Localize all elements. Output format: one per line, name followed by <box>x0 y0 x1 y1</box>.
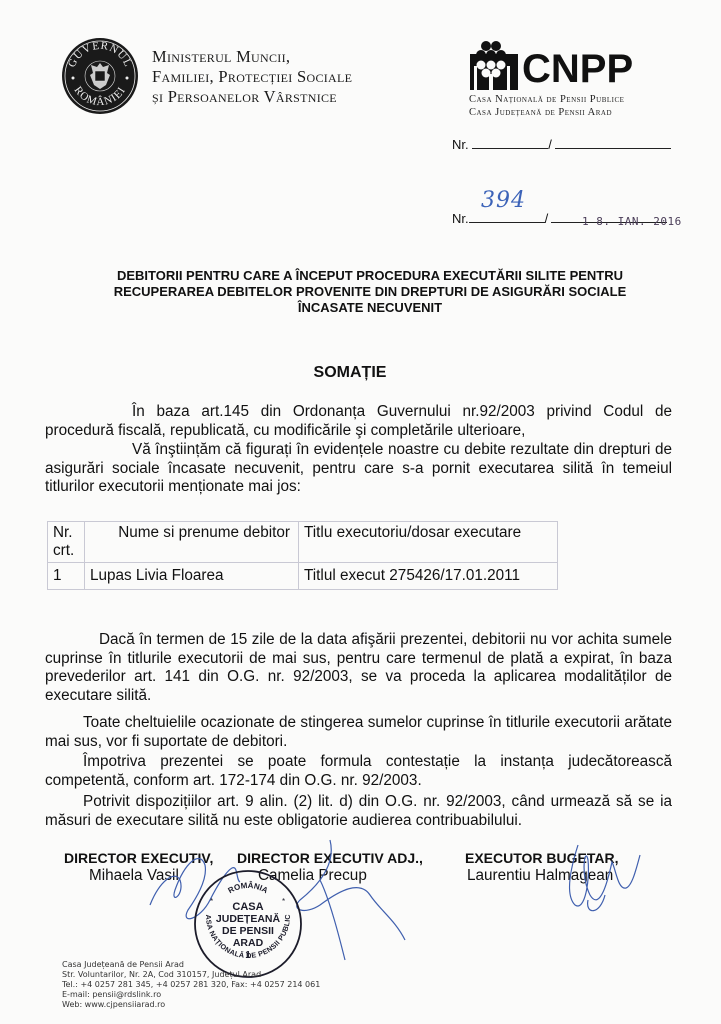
cnpp-acronym: CNPP <box>522 47 633 91</box>
col-header-nr: Nr. crt. <box>48 522 85 563</box>
footer-address: Str. Voluntarilor, Nr. 2A, Cod 310157, J… <box>62 970 320 980</box>
paragraph-legal-basis: În baza art.145 din Ordonanța Guvernului… <box>45 403 672 440</box>
col-header-name: Nume si prenume debitor <box>85 522 299 563</box>
handwritten-registration-number: 394 <box>481 188 526 213</box>
ministry-line: Ministerul Muncii, <box>152 47 352 67</box>
ministry-line: și Persoanelor Vârstnice <box>152 87 352 107</box>
title-line: RECUPERAREA DEBITELOR PROVENITE DIN DREP… <box>80 284 660 300</box>
table-header-row: Nr. crt. Nume si prenume debitor Titlu e… <box>48 522 558 563</box>
svg-text:ARAD: ARAD <box>233 937 264 949</box>
paragraph-notification: Vă înştiințăm că figurați în evidențele … <box>45 441 672 497</box>
col-header-title: Titlu executoriu/dosar executare <box>299 522 558 563</box>
signatory-name-director: Mihaela Vasil <box>89 867 179 885</box>
somatie-heading: SOMAȚIE <box>0 364 700 382</box>
svg-text:ROMÂNIA: ROMÂNIA <box>227 881 270 895</box>
cnpp-subtitle: Casa Națională de Pensii Publice Casa Ju… <box>469 93 624 119</box>
nr-blank-line <box>472 136 548 149</box>
footer-institution: Casa Județeană de Pensii Arad <box>62 960 320 970</box>
date-blank-line <box>555 136 671 149</box>
footer-phone: Tel.: +4 0257 281 345, +4 0257 281 320, … <box>62 980 320 990</box>
cnpp-line-national: Casa Națională de Pensii Publice <box>469 93 624 106</box>
guvernul-romaniei-seal-icon: GUVERNUL ROMÂNIEI <box>61 37 139 115</box>
cnpp-tree-logo-icon <box>468 40 520 90</box>
paragraph-hearing: Potrivit dispozițiilor art. 9 alin. (2) … <box>45 793 672 830</box>
table-row: 1 Lupas Livia Floarea Titlul execut 2754… <box>48 563 558 590</box>
svg-text:*: * <box>282 897 285 906</box>
svg-text:*: * <box>210 897 213 906</box>
svg-text:DE PENSII: DE PENSII <box>222 925 274 937</box>
paragraph-costs: Toate cheltuielile ocazionate de stinger… <box>45 714 672 751</box>
cell-enforcement-title: Titlul execut 275426/17.01.2011 <box>299 563 558 590</box>
title-line: ÎNCASATE NECUVENIT <box>80 300 660 316</box>
cell-nr: 1 <box>48 563 85 590</box>
nr-slash: / <box>548 137 552 152</box>
svg-text:CASA: CASA <box>232 901 263 913</box>
registration-number-blank: Nr. / <box>452 136 671 152</box>
footer-web: Web: www.cjpensiiarad.ro <box>62 1000 320 1010</box>
signatory-name-budget-executor: Laurentiu Halmagean <box>467 867 613 885</box>
ministry-name: Ministerul Muncii, Familiei, Protecției … <box>152 47 352 107</box>
svg-text:JUDEȚEANĂ: JUDEȚEANĂ <box>216 912 281 925</box>
nr-slash: / <box>545 211 549 226</box>
paragraph-contestation: Împotriva prezentei se poate formula con… <box>45 753 672 790</box>
footer-email: E-mail: pensii@rdslink.ro <box>62 990 320 1000</box>
signatory-title-deputy-director: DIRECTOR EXECUTIV ADJ., <box>237 850 423 866</box>
stamped-date: 1 8. IAN. 2016 <box>582 215 682 228</box>
title-line: DEBITORII PENTRU CARE A ÎNCEPUT PROCEDUR… <box>80 268 660 284</box>
nr-label: Nr. <box>452 211 469 226</box>
document-title: DEBITORII PENTRU CARE A ÎNCEPUT PROCEDUR… <box>80 268 660 316</box>
footer-contact: Casa Județeană de Pensii Arad Str. Volun… <box>62 960 320 1010</box>
paragraph-deadline: Dacă în termen de 15 zile de la data afi… <box>45 631 672 705</box>
cell-debtor-name: Lupas Livia Floarea <box>85 563 299 590</box>
signatory-title-director: DIRECTOR EXECUTIV, <box>64 850 213 866</box>
ministry-line: Familiei, Protecției Sociale <box>152 67 352 87</box>
signatory-title-budget-executor: EXECUTOR BUGETAR, <box>465 850 619 866</box>
debtors-table: Nr. crt. Nume si prenume debitor Titlu e… <box>47 521 558 590</box>
nr-label: Nr. <box>452 137 469 152</box>
cnpp-line-county: Casa Județeană de Pensii Arad <box>469 106 624 119</box>
